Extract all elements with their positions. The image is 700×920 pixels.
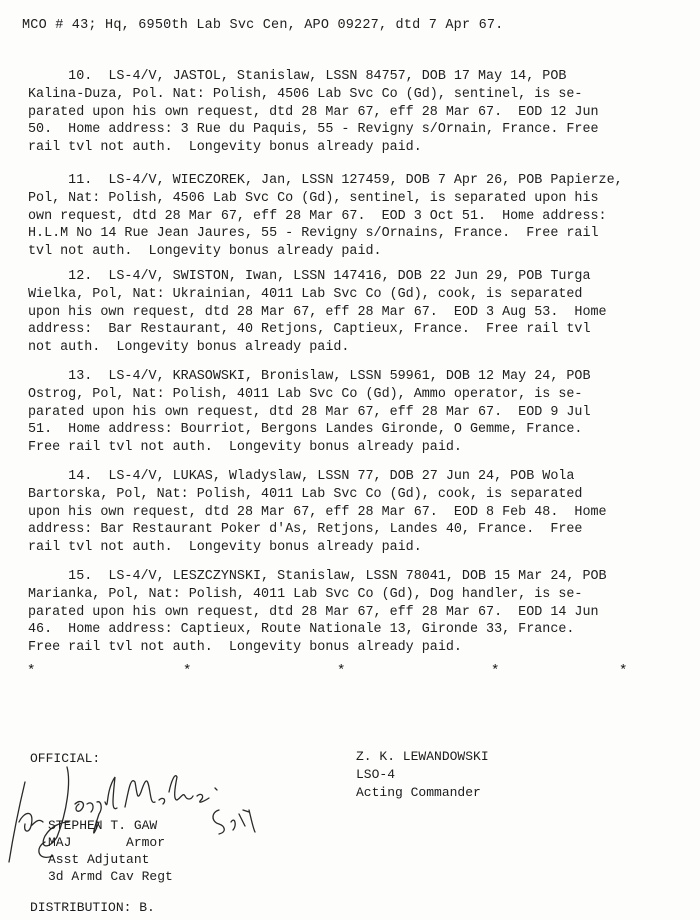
official-unit: 3d Armd Cav Regt: [30, 868, 173, 885]
order-header: MCO # 43; Hq, 6950th Lab Svc Cen, APO 09…: [22, 18, 503, 33]
paragraph-line: parated upon his own request, dtd 28 Mar…: [28, 604, 678, 622]
paragraph-line: 10. LS-4/V, JASTOL, Stanislaw, LSSN 8475…: [28, 68, 678, 86]
paragraph-line: 11. LS-4/V, WIECZOREK, Jan, LSSN 127459,…: [28, 172, 678, 190]
paragraph-line: Ostrog, Pol, Nat: Polish, 4011 Lab Svc C…: [28, 386, 678, 404]
distribution-line: DISTRIBUTION: B.: [30, 900, 155, 915]
commander-title: Acting Commander: [356, 784, 489, 802]
paragraph-line: 50. Home address: 3 Rue du Paquis, 55 - …: [28, 121, 678, 139]
paragraph-line: Marianka, Pol, Nat: Polish, 4011 Lab Svc…: [28, 586, 678, 604]
paragraph-line: Pol, Nat: Polish, 4506 Lab Svc Co (Gd), …: [28, 190, 678, 208]
paragraph-line: 14. LS-4/V, LUKAS, Wladyslaw, LSSN 77, D…: [28, 468, 678, 486]
paragraph-line: address: Bar Restaurant Poker d'As, Retj…: [28, 521, 678, 539]
paragraph-line: Wielka, Pol, Nat: Ukrainian, 4011 Lab Sv…: [28, 286, 678, 304]
paragraph-line: not auth. Longevity bonus already paid.: [28, 339, 678, 357]
paragraph-line: parated upon his own request, dtd 28 Mar…: [28, 104, 678, 122]
official-block: OFFICIAL:STEPHEN T. GAWMAJ ArmorAsst Adj…: [30, 750, 173, 885]
separator-star: *: [337, 663, 345, 679]
paragraph-line: own request, dtd 28 Mar 67, eff 28 Mar 6…: [28, 208, 678, 226]
commander-grade: LSO-4: [356, 766, 489, 784]
paragraph-14: 14. LS-4/V, LUKAS, Wladyslaw, LSSN 77, D…: [28, 468, 678, 557]
paragraph-line: 51. Home address: Bourriot, Bergons Land…: [28, 421, 678, 439]
official-title: Asst Adjutant: [30, 851, 173, 868]
separator-star: *: [619, 663, 627, 679]
paragraph-11: 11. LS-4/V, WIECZOREK, Jan, LSSN 127459,…: [28, 172, 678, 261]
paragraph-line: 46. Home address: Captieux, Route Nation…: [28, 621, 678, 639]
paragraph-line: upon his own request, dtd 28 Mar 67, eff…: [28, 504, 678, 522]
paragraph-line: rail tvl not auth. Longevity bonus alrea…: [28, 139, 678, 157]
paragraph-15: 15. LS-4/V, LESZCZYNSKI, Stanislaw, LSSN…: [28, 568, 678, 657]
paragraph-line: tvl not auth. Longevity bonus already pa…: [28, 243, 678, 261]
paragraph-line: rail tvl not auth. Longevity bonus alrea…: [28, 539, 678, 557]
official-rank: MAJ Armor: [30, 834, 173, 851]
paragraph-line: Free rail tvl not auth. Longevity bonus …: [28, 639, 678, 657]
paragraph-line: 12. LS-4/V, SWISTON, Iwan, LSSN 147416, …: [28, 268, 678, 286]
paragraph-line: address: Bar Restaurant, 40 Retjons, Cap…: [28, 321, 678, 339]
separator-star: *: [183, 663, 191, 679]
separator-star: *: [491, 663, 499, 679]
paragraph-line: 13. LS-4/V, KRASOWSKI, Bronislaw, LSSN 5…: [28, 368, 678, 386]
paragraph-13: 13. LS-4/V, KRASOWSKI, Bronislaw, LSSN 5…: [28, 368, 678, 457]
separator-star: *: [27, 663, 35, 679]
paragraph-12: 12. LS-4/V, SWISTON, Iwan, LSSN 147416, …: [28, 268, 678, 357]
paragraph-10: 10. LS-4/V, JASTOL, Stanislaw, LSSN 8475…: [28, 68, 678, 157]
commander-name: Z. K. LEWANDOWSKI: [356, 748, 489, 766]
document-page: MCO # 43; Hq, 6950th Lab Svc Cen, APO 09…: [0, 0, 700, 920]
paragraph-line: Kalina-Duza, Pol. Nat: Polish, 4506 Lab …: [28, 86, 678, 104]
paragraph-line: parated upon his own request, dtd 28 Mar…: [28, 404, 678, 422]
paragraph-line: Free rail tvl not auth. Longevity bonus …: [28, 439, 678, 457]
official-name: STEPHEN T. GAW: [30, 817, 173, 834]
separator-row: * * * * *: [0, 663, 700, 683]
paragraph-line: 15. LS-4/V, LESZCZYNSKI, Stanislaw, LSSN…: [28, 568, 678, 586]
official-label: OFFICIAL:: [30, 750, 173, 767]
paragraph-line: H.L.M No 14 Rue Jean Jaures, 55 - Revign…: [28, 225, 678, 243]
commander-block: Z. K. LEWANDOWSKILSO-4Acting Commander: [356, 748, 489, 802]
paragraph-line: upon his own request, dtd 28 Mar 67, eff…: [28, 304, 678, 322]
paragraph-line: Bartorska, Pol, Nat: Polish, 4011 Lab Sv…: [28, 486, 678, 504]
